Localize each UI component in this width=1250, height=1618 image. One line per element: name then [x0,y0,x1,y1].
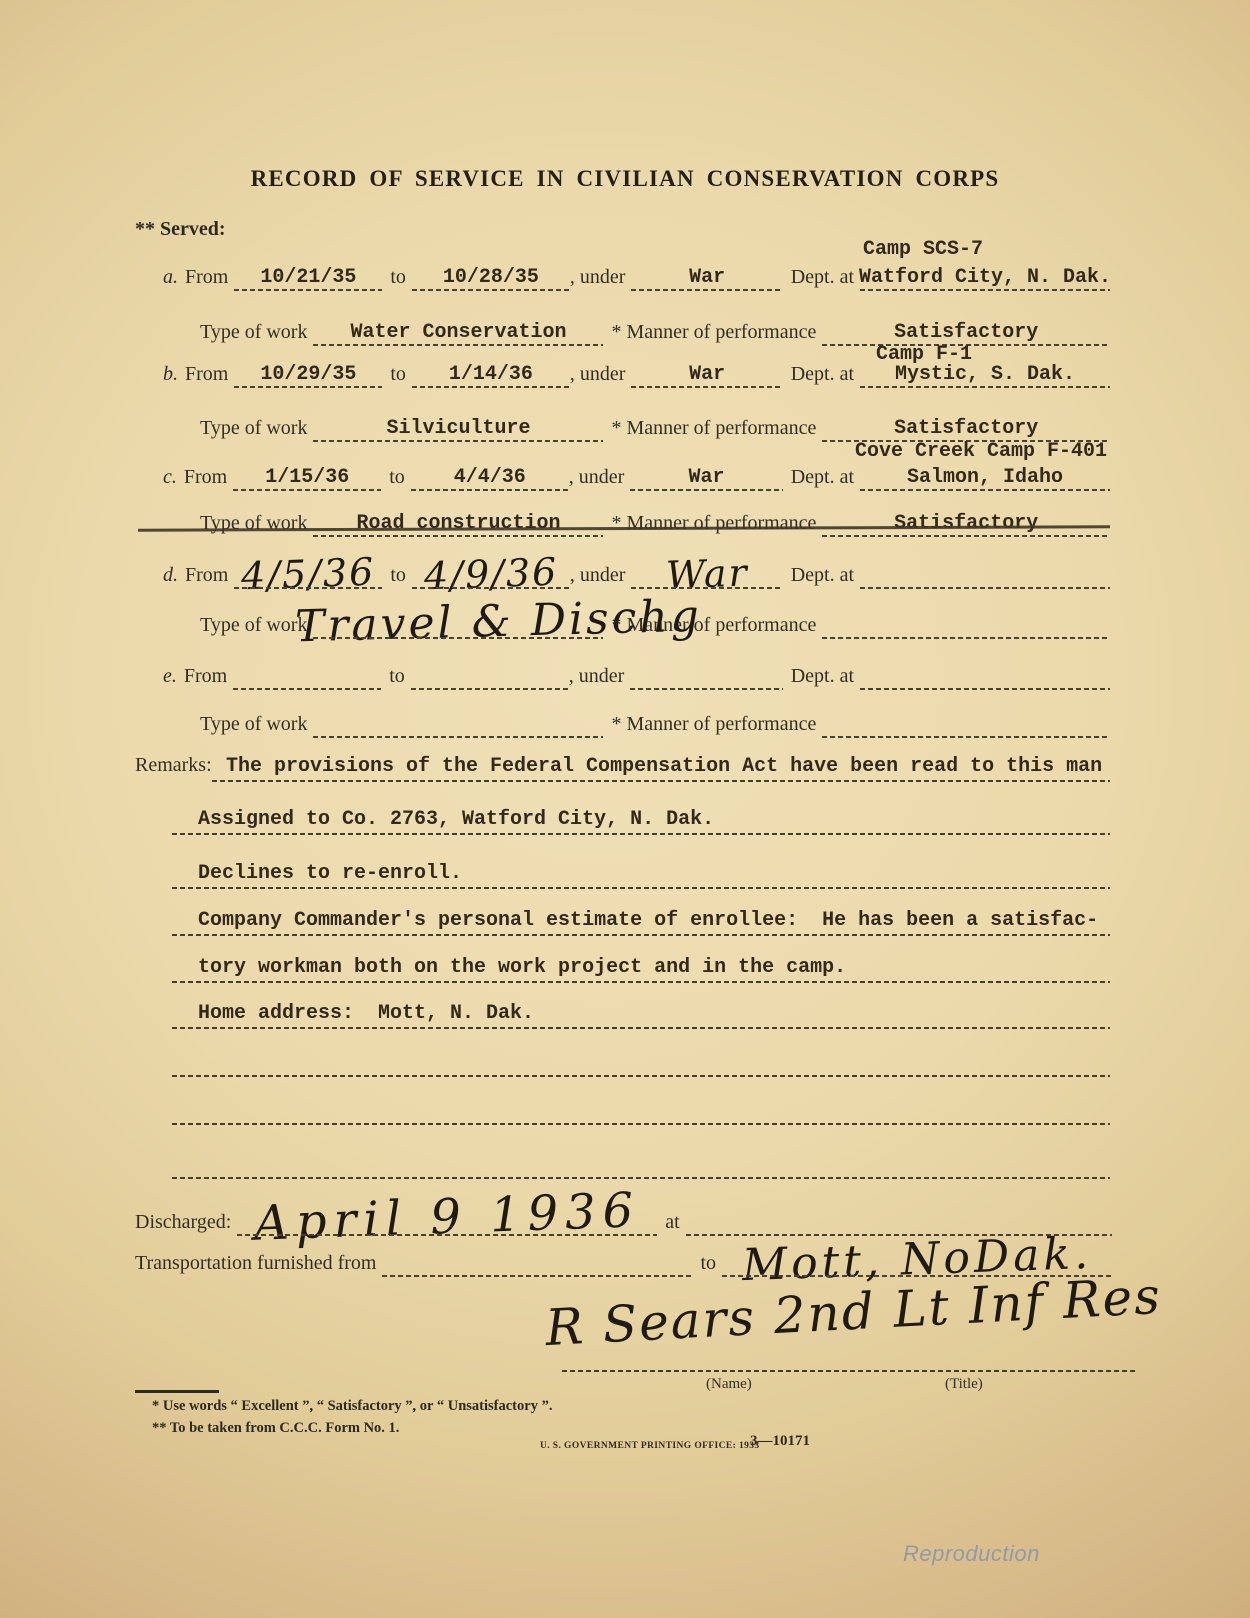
transportation-row: Transportation furnished from to Mott, N… [135,1246,1112,1276]
from-date-c: 1/15/36 [265,468,349,490]
under-dept-field-e [630,683,782,689]
from-label: From [184,466,233,490]
manner-label: * Manner of performance [603,417,822,441]
dept-at-label: Dept. at [783,466,860,490]
work-row-d: Type of work Travel & Dischg * Manner of… [200,608,1110,638]
work-a: Water Conservation [350,323,566,345]
entry-letter-b: b. [163,363,185,387]
type-of-work-label: Type of work [200,713,313,737]
reproduction-watermark: Reproduction [903,1541,1040,1567]
manner-label: * Manner of performance [603,321,822,345]
remarks-label: Remarks: [135,754,212,777]
from-date-d: 4/5/36 [241,557,376,590]
remarks-text-4: Company Commander's personal estimate of… [198,911,1098,933]
work-field-e [313,731,603,737]
under-dept-field-b: War [631,365,782,387]
form-title: RECORD OF SERVICE IN CIVILIAN CONSERVATI… [0,166,1250,192]
remarks-line-1: The provisions of the Federal Compensati… [212,752,1110,782]
from-date-a: 10/21/35 [260,268,356,290]
work-field-c: Road construction [313,514,603,536]
service-row-b: b. From 10/29/35 to 1/14/36 , under War … [163,357,1110,387]
blank-line-1 [172,1047,1110,1077]
discharge-date: April 9 1936 [254,1192,641,1241]
transport-from-field [382,1270,692,1276]
under-dept-field-c: War [630,468,782,490]
work-d: Travel & Dischg [295,600,703,644]
entry-letter-e: e. [163,665,184,689]
location-field-d [860,582,1110,588]
manner-b: Satisfactory [894,419,1038,441]
under-label: , under [570,564,632,588]
work-b: Silviculture [386,419,530,441]
manner-field-a: Satisfactory [822,323,1110,345]
home-address-text: Home address: Mott, N. Dak. [198,1004,534,1026]
to-date-d: 4/9/36 [423,557,558,590]
location-b: Mystic, S. Dak. [895,365,1075,387]
from-label: From [185,266,234,290]
under-label: , under [569,466,631,490]
work-row-c: Type of work Road construction * Manner … [200,506,1110,536]
transport-from-label: Transportation furnished from [135,1252,382,1276]
from-label: From [184,665,233,689]
work-field-d: Travel & Dischg [313,605,603,638]
form-number: 3—10171 [750,1433,810,1450]
entry-letter-a: a. [163,266,185,290]
work-row-e: Type of work * Manner of performance [200,707,1110,737]
type-of-work-label: Type of work [200,417,313,441]
remarks-text-2: Assigned to Co. 2763, Watford City, N. D… [198,810,714,832]
location-field-a: Watford City, N. Dak. [860,268,1110,290]
work-c: Road construction [356,514,560,536]
remarks-text-5: tory workman both on the work project an… [198,958,846,980]
at-label: at [657,1211,685,1235]
from-label: From [185,363,234,387]
manner-label: * Manner of performance [603,713,822,737]
title-caption: (Title) [945,1376,983,1393]
location-field-b: Mystic, S. Dak. [860,365,1110,387]
under-dept-a: War [689,268,725,290]
under-label: , under [570,266,632,290]
entry-letter-d: d. [163,564,185,588]
ccc-service-record-document: RECORD OF SERVICE IN CIVILIAN CONSERVATI… [0,0,1250,1618]
to-label: to [382,266,412,290]
under-label: , under [569,665,631,689]
dept-at-label: Dept. at [783,665,860,689]
from-date-field-e [233,683,381,689]
manner-a: Satisfactory [894,323,1038,345]
location-field-c: Salmon, Idaho [860,468,1110,490]
dept-at-label: Dept. at [783,363,860,387]
discharged-label: Discharged: [135,1211,237,1235]
from-date-b: 10/29/35 [260,365,356,387]
to-date-field-a: 10/28/35 [412,268,570,290]
from-date-field-d: 4/5/36 [234,560,382,589]
manner-field-e [822,731,1110,737]
camp-label-a: Camp SCS-7 [863,238,983,261]
footnote-rule [135,1390,219,1393]
served-label: ** Served: [135,218,226,241]
remarks-text-3: Declines to re-enroll. [198,864,462,886]
to-label: to [382,363,412,387]
to-date-a: 10/28/35 [443,268,539,290]
discharge-date-field: April 9 1936 [237,1199,657,1235]
under-dept-b: War [689,365,725,387]
to-date-field-b: 1/14/36 [412,365,570,387]
work-field-a: Water Conservation [313,323,603,345]
under-dept-d: War [665,558,749,589]
service-row-a: a. From 10/21/35 to 10/28/35 , under War… [163,260,1110,290]
to-label: to [381,665,411,689]
name-caption: (Name) [706,1376,752,1393]
type-of-work-label: Type of work [200,512,313,536]
location-field-e [860,683,1110,689]
from-date-field-a: 10/21/35 [234,268,382,290]
home-address-line: Home address: Mott, N. Dak. [172,999,1110,1029]
under-dept-field-d: War [631,560,782,589]
to-label: to [382,564,412,588]
type-of-work-label: Type of work [200,321,313,345]
under-label: , under [570,363,632,387]
location-c: Salmon, Idaho [907,468,1063,490]
from-date-field-b: 10/29/35 [234,365,382,387]
manner-label: * Manner of performance [603,512,822,536]
dept-at-label: Dept. at [783,266,860,290]
entry-letter-c: c. [163,466,184,490]
remarks-text-1: The provisions of the Federal Compensati… [226,757,1102,779]
to-date-field-d: 4/9/36 [412,560,570,589]
gpo-imprint: U. S. GOVERNMENT PRINTING OFFICE: 1933 [540,1441,760,1451]
discharged-row: Discharged: April 9 1936 at [135,1205,1112,1235]
location-a: Watford City, N. Dak. [859,268,1111,290]
work-field-b: Silviculture [313,419,603,441]
to-date-field-c: 4/4/36 [411,468,569,490]
under-dept-field-a: War [631,268,782,290]
signature-line [562,1370,1137,1372]
footnote-2: ** To be taken from C.C.C. Form No. 1. [152,1420,399,1437]
to-date-c: 4/4/36 [454,468,526,490]
from-date-field-c: 1/15/36 [233,468,381,490]
service-row-c: c. From 1/15/36 to 4/4/36 , under War De… [163,460,1110,490]
transport-to-field: Mott, NoDak. [722,1243,1112,1276]
to-date-b: 1/14/36 [449,365,533,387]
blank-line-3 [172,1149,1110,1179]
footnote-1: * Use words “ Excellent ”, “ Satisfactor… [152,1398,552,1415]
transport-to-label: to [692,1252,722,1276]
manner-field-d [822,632,1110,638]
manner-field-b: Satisfactory [822,419,1110,441]
work-row-b: Type of work Silviculture * Manner of pe… [200,411,1110,441]
service-row-d: d. From 4/5/36 to 4/9/36 , under War Dep… [163,558,1110,588]
under-dept-c: War [689,468,725,490]
remarks-line-4: Company Commander's personal estimate of… [172,906,1110,936]
to-date-field-e [411,683,569,689]
to-label: to [381,466,411,490]
service-row-e: e. From to , under Dept. at [163,659,1110,689]
signature: R Sears 2nd Lt Inf Res [544,1276,1162,1348]
dept-at-label: Dept. at [783,564,860,588]
blank-line-2 [172,1095,1110,1125]
remarks-line-5: tory workman both on the work project an… [172,953,1110,983]
remarks-line-3: Declines to re-enroll. [172,859,1110,889]
from-label: From [185,564,234,588]
work-row-a: Type of work Water Conservation * Manner… [200,315,1110,345]
remarks-line-2: Assigned to Co. 2763, Watford City, N. D… [172,805,1110,835]
